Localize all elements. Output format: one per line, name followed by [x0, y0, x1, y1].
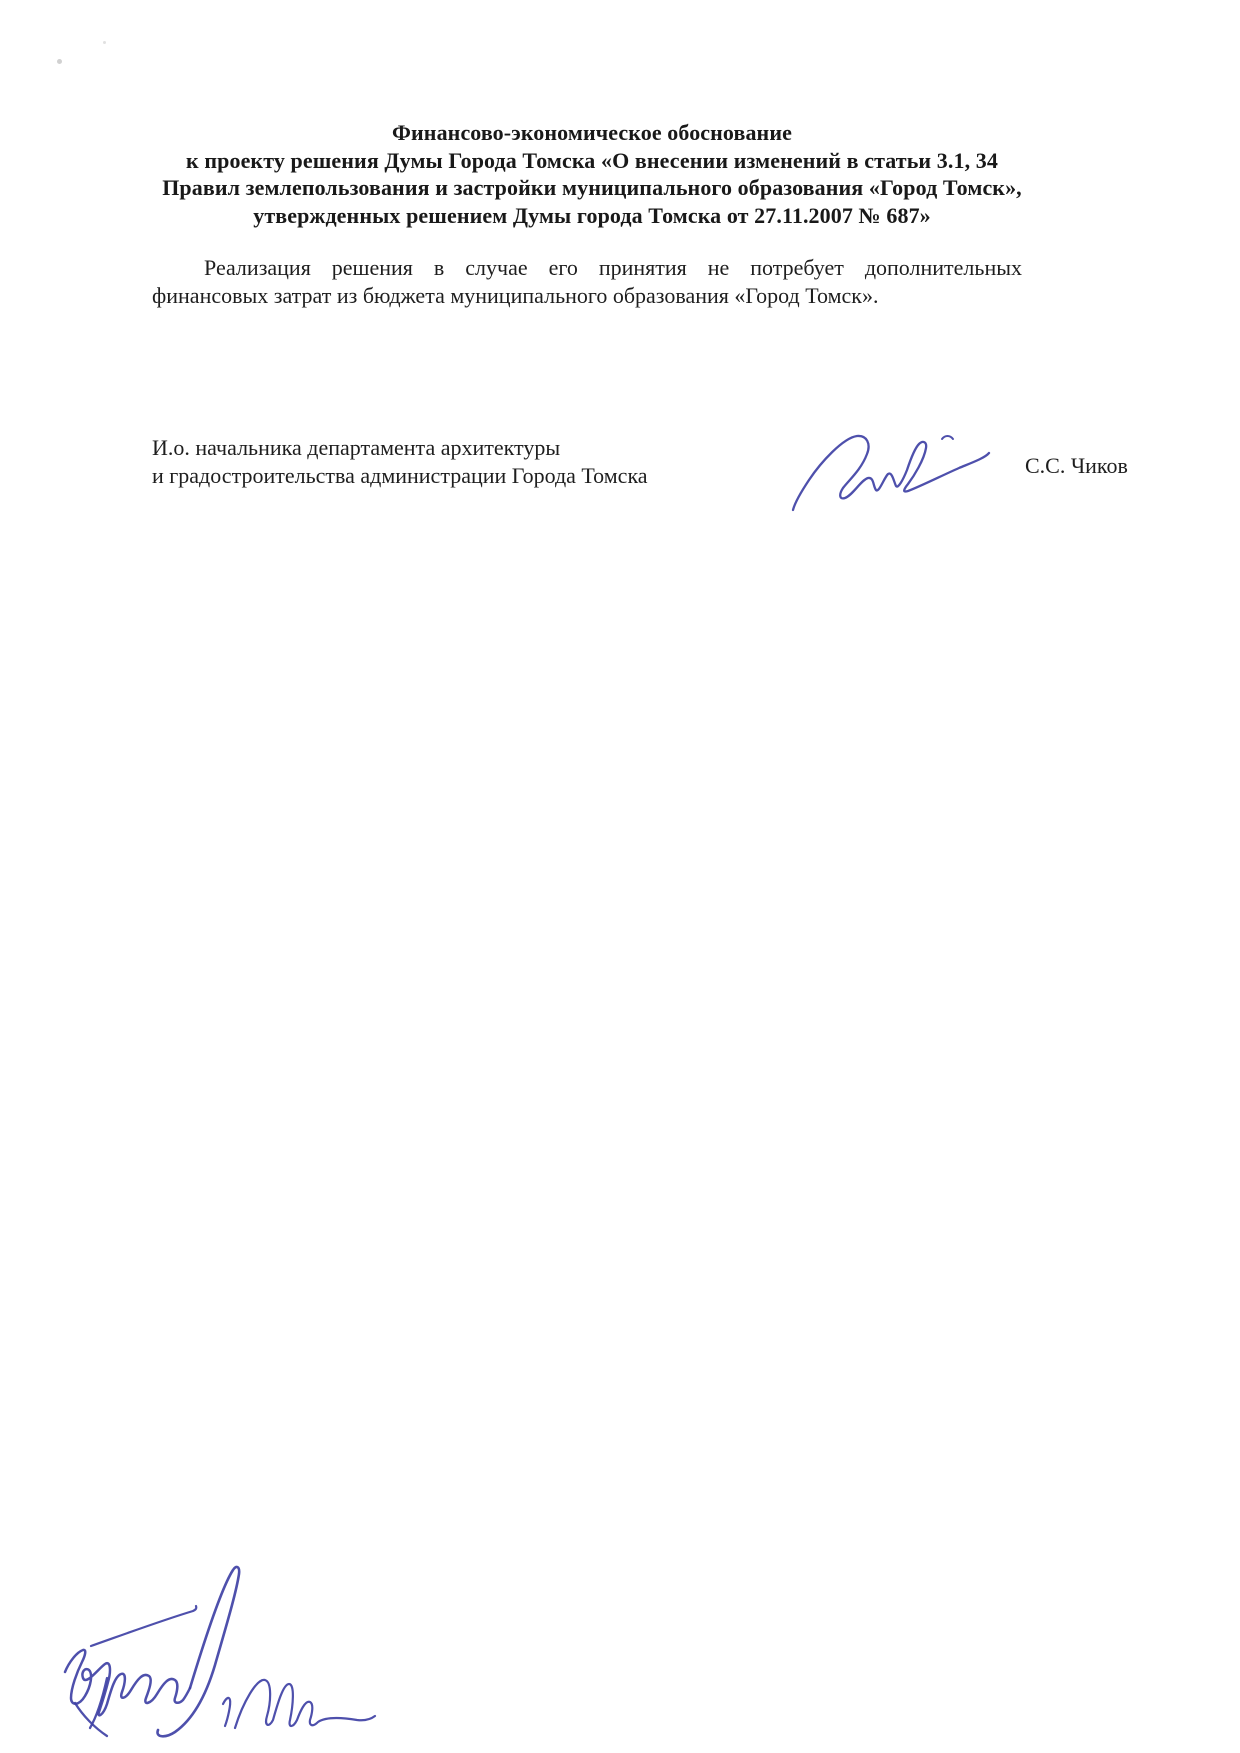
- body-line: финансовых затрат из бюджета муниципальн…: [152, 282, 1022, 310]
- signer-position-line: и градостроительства администрации Город…: [152, 462, 648, 490]
- scan-speck: [57, 59, 62, 64]
- title-line: Правил землепользования и застройки муни…: [150, 174, 1034, 202]
- body-line: Реализация решения в случае его принятия…: [152, 254, 1022, 282]
- scanned-document-page: Финансово-экономическое обоснование к пр…: [0, 0, 1240, 1753]
- title-line: утвержденных решением Думы города Томска…: [150, 202, 1034, 230]
- title-line: к проекту решения Думы Города Томска «О …: [150, 147, 1034, 175]
- signer-position: И.о. начальника департамента архитектуры…: [152, 434, 648, 489]
- chikov-signature-ink: [781, 428, 1001, 520]
- body-paragraph: Реализация решения в случае его принятия…: [152, 254, 1022, 309]
- document-title: Финансово-экономическое обоснование к пр…: [150, 119, 1034, 229]
- title-line: Финансово-экономическое обоснование: [150, 119, 1034, 147]
- scan-speck: [103, 41, 106, 44]
- signer-name: С.С. Чиков: [1025, 453, 1128, 479]
- signer-position-line: И.о. начальника департамента архитектуры: [152, 434, 648, 462]
- bottom-second-signature-ink: [215, 1672, 380, 1734]
